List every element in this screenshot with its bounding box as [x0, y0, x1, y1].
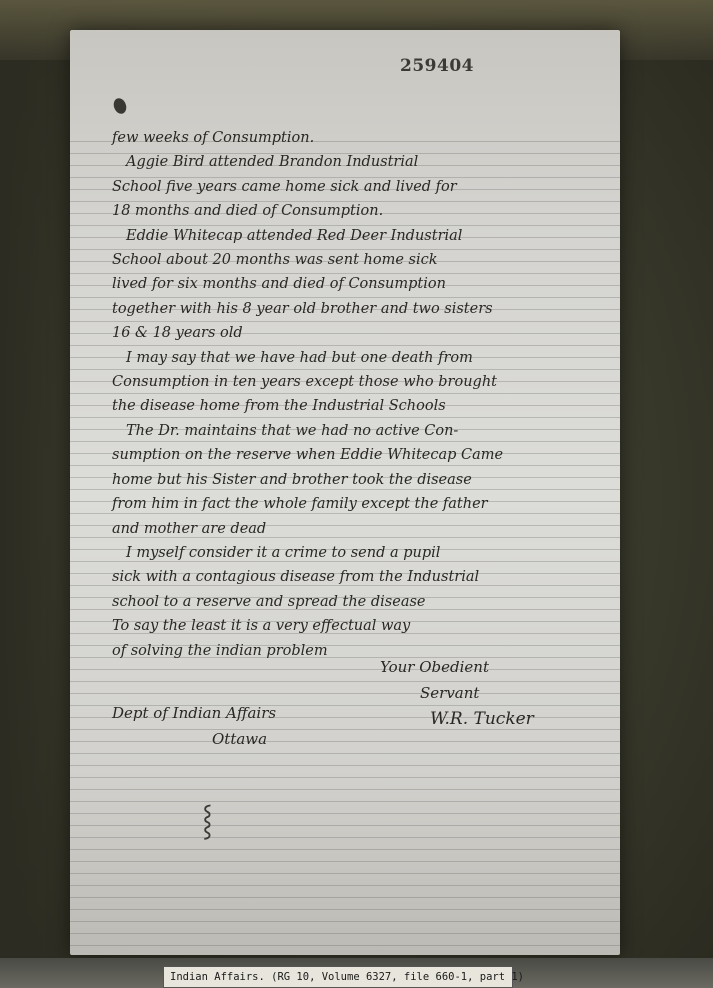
pen-mark-icon: ⸾: [202, 798, 213, 839]
document-number: 259404: [400, 56, 474, 76]
letter-line: of solving the indian problem: [112, 639, 612, 663]
addressee-line: Dept of Indian Affairs: [112, 700, 276, 726]
letter-line: 18 months and died of Consumption.: [112, 199, 612, 223]
closing-line: Servant: [380, 680, 534, 706]
letter-line: and mother are dead: [112, 517, 612, 541]
archive-label: Indian Affairs. (RG 10, Volume 6327, fil…: [163, 966, 513, 988]
letter-line: To say the least it is a very effectual …: [112, 614, 612, 638]
letter-line: school to a reserve and spread the disea…: [112, 590, 612, 614]
letter-line: home but his Sister and brother took the…: [112, 468, 612, 492]
letter-line: 16 & 18 years old: [112, 321, 612, 345]
letter-line: few weeks of Consumption.: [112, 126, 612, 150]
signature: W.R. Tucker: [380, 706, 534, 732]
background-vignette-left: [0, 0, 80, 988]
letter-line: I may say that we have had but one death…: [112, 346, 612, 370]
addressee-line: Ottawa: [112, 726, 276, 752]
letter-line: together with his 8 year old brother and…: [112, 297, 612, 321]
punch-hole: [112, 96, 129, 115]
letter-line: the disease home from the Industrial Sch…: [112, 394, 612, 418]
letter-line: from him in fact the whole family except…: [112, 492, 612, 516]
letter-line: The Dr. maintains that we had no active …: [112, 419, 612, 443]
letter-line: Aggie Bird attended Brandon Industrial: [112, 150, 612, 174]
addressee: Dept of Indian Affairs Ottawa: [112, 700, 276, 752]
letter-line: School about 20 months was sent home sic…: [112, 248, 612, 272]
closing-line: Your Obedient: [380, 654, 534, 680]
letter-line: I myself consider it a crime to send a p…: [112, 541, 612, 565]
letter-line: School five years came home sick and liv…: [112, 175, 612, 199]
letter-line: sick with a contagious disease from the …: [112, 565, 612, 589]
letter-line: sumption on the reserve when Eddie White…: [112, 443, 612, 467]
letter-line: Consumption in ten years except those wh…: [112, 370, 612, 394]
letter-line: lived for six months and died of Consump…: [112, 272, 612, 296]
letter-body: few weeks of Consumption. Aggie Bird att…: [112, 126, 612, 663]
letter-closing: Your Obedient Servant W.R. Tucker: [380, 654, 534, 732]
letter-page: 259404 few weeks of Consumption. Aggie B…: [70, 30, 620, 955]
letter-line: Eddie Whitecap attended Red Deer Industr…: [112, 224, 612, 248]
